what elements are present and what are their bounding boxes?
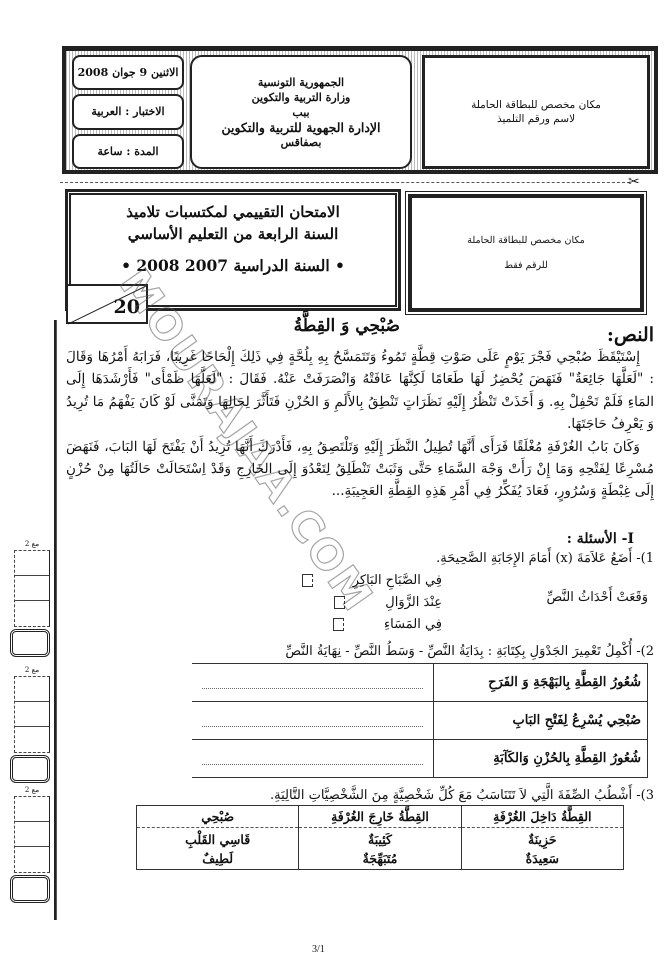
grading-cells	[14, 796, 50, 873]
grading-cell[interactable]	[15, 847, 49, 872]
option-label: عِنْدَ الزَّوَالِ	[385, 595, 442, 610]
ministry-line-2: وزارة التربية والتكوين	[252, 90, 351, 105]
question-3-table: القِطَّةُ دَاخِلَ الغُرْفَةِ القِطَّةُ خ…	[136, 805, 624, 870]
grading-score-box[interactable]	[10, 755, 50, 783]
grading-cell[interactable]	[15, 677, 49, 702]
exam-title-line-1: الامتحان التقييمي لمكتسبات تلاميذ	[126, 201, 340, 223]
question-1-prompt: 1)- أَضَعُ عَلاَمَةَ (x) أَمَامَ الإِجَا…	[62, 551, 654, 566]
reading-passage: إِسْتَيْقَظَ صُبْحِي فَجْرَ يَوْمٍ عَلَى…	[62, 346, 658, 503]
text-title: صُبْحِي وَ القِطَّةُ	[294, 316, 400, 336]
dotted-line	[202, 751, 423, 765]
text-heading-row: النص: صُبْحِي وَ القِطَّةُ	[62, 316, 658, 346]
row-label: شُعُورُ القِطَّةِ بِالبَهْجَةِ وَ الفَرَ…	[434, 663, 648, 701]
row-label: صُبْحِي يُسْرِعُ لِفَتْحِ البَابِ	[434, 701, 648, 739]
student-card-box: مكان مخصص للبطاقة الحاملة لاسم ورقم التل…	[422, 55, 650, 169]
answer-box-line-2: للرقم فقط	[504, 260, 548, 271]
table-header-row: القِطَّةُ دَاخِلَ الغُرْفَةِ القِطَّةُ خ…	[137, 805, 624, 827]
page-number: 3/1	[312, 944, 325, 955]
answer-field[interactable]	[192, 739, 434, 777]
grading-cell[interactable]	[15, 576, 49, 601]
exam-page: الاثنين 9 جوان 2008 الاختبار : العربية ا…	[0, 0, 666, 978]
column-header: صُبْحِي	[137, 805, 299, 827]
ministry-line-3: ببب	[292, 105, 309, 120]
option-label: فِي الصَّبَاحِ البَاكِرِ	[353, 573, 442, 588]
dotted-line	[202, 675, 423, 689]
passage-paragraph-2: وَكَانَ بَابُ الغُرْفَةِ مُغْلَقًا فَرَأ…	[66, 436, 654, 503]
grading-cell[interactable]	[15, 702, 49, 727]
grading-column-q3: مع 2	[14, 786, 50, 903]
traits-cell-subhi: قَاسِي القَلْبِ لَطِيفٌ	[137, 827, 299, 869]
ministry-box: الجمهورية التونسية وزارة التربية والتكوي…	[190, 55, 412, 169]
question-2-table: شُعُورُ القِطَّةِ بِالبَهْجَةِ وَ الفَرَ…	[192, 663, 648, 778]
trait-word[interactable]: مُتَبَهِّجَةٌ	[303, 849, 456, 868]
ministry-line-5: بصفاقس	[281, 135, 322, 150]
table-row: شُعُورُ القِطَّةِ بِالبَهْجَةِ وَ الفَرَ…	[192, 663, 648, 701]
header-frame: الاثنين 9 جوان 2008 الاختبار : العربية ا…	[62, 46, 658, 174]
option-checkbox[interactable]	[302, 574, 313, 587]
exam-duration: المدة : ساعة	[72, 134, 184, 169]
table-row: حَزِينَةٌ سَعِيدَةٌ كَئِيبَةٌ مُتَبَهِّج…	[137, 827, 624, 869]
row-label: شُعُورُ القِطَّةِ بِالحُزْنِ وَالكَآبَةِ	[434, 739, 648, 777]
option-evening: فِي المَسَاءِ	[302, 614, 442, 636]
grading-cells	[14, 676, 50, 753]
grading-label: مع 2	[14, 786, 50, 796]
column-header: القِطَّةُ خَارِجَ الغُرْفَةِ	[299, 805, 461, 827]
dotted-line	[202, 713, 423, 727]
grading-label: مع 2	[14, 540, 50, 550]
trait-word[interactable]: لَطِيفٌ	[141, 849, 294, 868]
question-3-prompt: 3)- أَشْطُبُ الصِّفَةَ الَّتِي لاَ تَتَن…	[62, 788, 654, 803]
margin-rule	[54, 320, 57, 920]
trait-word[interactable]: كَئِيبَةٌ	[303, 830, 456, 849]
answer-field[interactable]	[192, 701, 434, 739]
cut-line-divider	[60, 182, 630, 183]
grading-cell[interactable]	[15, 797, 49, 822]
question-1-stem: وَقَعَتْ أَحْدَاثُ النَّصِّ	[546, 590, 648, 605]
traits-cell-cat-inside: حَزِينَةٌ سَعِيدَةٌ	[461, 827, 623, 869]
exam-date: الاثنين 9 جوان 2008	[72, 55, 184, 90]
question-1-options: فِي الصَّبَاحِ البَاكِرِ عِنْدَ الزَّوَا…	[302, 570, 442, 636]
column-header: القِطَّةُ دَاخِلَ الغُرْفَةِ	[461, 805, 623, 827]
question-2: 2)- أُكْمِلُ تَعْمِيرَ الجَدْوَلِ بِكِتَ…	[62, 644, 658, 778]
grading-score-box[interactable]	[10, 875, 50, 903]
trait-word[interactable]: سَعِيدَةٌ	[466, 849, 619, 868]
anonymous-number-box: مكان مخصص للبطاقة الحاملة للرقم فقط	[408, 194, 644, 312]
question-1-body: وَقَعَتْ أَحْدَاثُ النَّصِّ فِي الصَّبَا…	[62, 566, 654, 638]
trait-word[interactable]: حَزِينَةٌ	[466, 830, 619, 849]
exam-content: النص: صُبْحِي وَ القِطَّةُ إِسْتَيْقَظَ …	[62, 316, 658, 870]
exam-title-line-2: السنة الرابعة من التعليم الأساسي	[128, 223, 339, 245]
grading-cell[interactable]	[15, 601, 49, 626]
option-morning: فِي الصَّبَاحِ البَاكِرِ	[302, 570, 442, 592]
table-row: صُبْحِي يُسْرِعُ لِفَتْحِ البَابِ	[192, 701, 648, 739]
answer-field[interactable]	[192, 663, 434, 701]
table-row: شُعُورُ القِطَّةِ بِالحُزْنِ وَالكَآبَةِ	[192, 739, 648, 777]
option-noon: عِنْدَ الزَّوَالِ	[302, 592, 442, 614]
student-box-line-1: مكان مخصص للبطاقة الحاملة	[471, 98, 601, 112]
question-2-prompt: 2)- أُكْمِلُ تَعْمِيرَ الجَدْوَلِ بِكِتَ…	[62, 644, 654, 659]
grading-cell[interactable]	[15, 727, 49, 752]
student-box-line-2: لاسم ورقم التلميذ	[497, 112, 575, 126]
exam-info-column: الاثنين 9 جوان 2008 الاختبار : العربية ا…	[72, 55, 184, 169]
traits-cell-cat-outside: كَئِيبَةٌ مُتَبَهِّجَةٌ	[299, 827, 461, 869]
option-checkbox[interactable]	[333, 618, 344, 631]
passage-paragraph-1: إِسْتَيْقَظَ صُبْحِي فَجْرَ يَوْمٍ عَلَى…	[66, 346, 654, 436]
grading-cell[interactable]	[15, 551, 49, 576]
grading-cell[interactable]	[15, 822, 49, 847]
question-1: 1)- أَضَعُ عَلاَمَةَ (x) أَمَامَ الإِجَا…	[62, 551, 658, 638]
exam-title-line-3: • السنة الدراسية 2007 2008 •	[121, 251, 345, 281]
scissors-icon: ✂	[628, 174, 640, 190]
ministry-line-4: الإدارة الجهوية للتربية والتكوين	[221, 120, 380, 135]
grading-cells	[14, 550, 50, 627]
option-checkbox[interactable]	[334, 596, 345, 609]
ministry-line-1: الجمهورية التونسية	[258, 75, 344, 90]
option-label: فِي المَسَاءِ	[384, 617, 442, 632]
grading-score-box[interactable]	[10, 629, 50, 657]
grading-column-q2: مع 2	[14, 666, 50, 783]
grading-label: مع 2	[14, 666, 50, 676]
trait-word[interactable]: قَاسِي القَلْبِ	[141, 830, 294, 849]
text-section-label: النص:	[607, 324, 654, 346]
answer-box-line-1: مكان مخصص للبطاقة الحاملة	[467, 235, 584, 246]
question-3: 3)- أَشْطُبُ الصِّفَةَ الَّتِي لاَ تَتَن…	[62, 788, 658, 870]
exam-subject: الاختبار : العربية	[72, 94, 184, 129]
grading-column-q1: مع 2	[14, 540, 50, 657]
questions-heading: I- الأسئلة :	[62, 531, 658, 547]
